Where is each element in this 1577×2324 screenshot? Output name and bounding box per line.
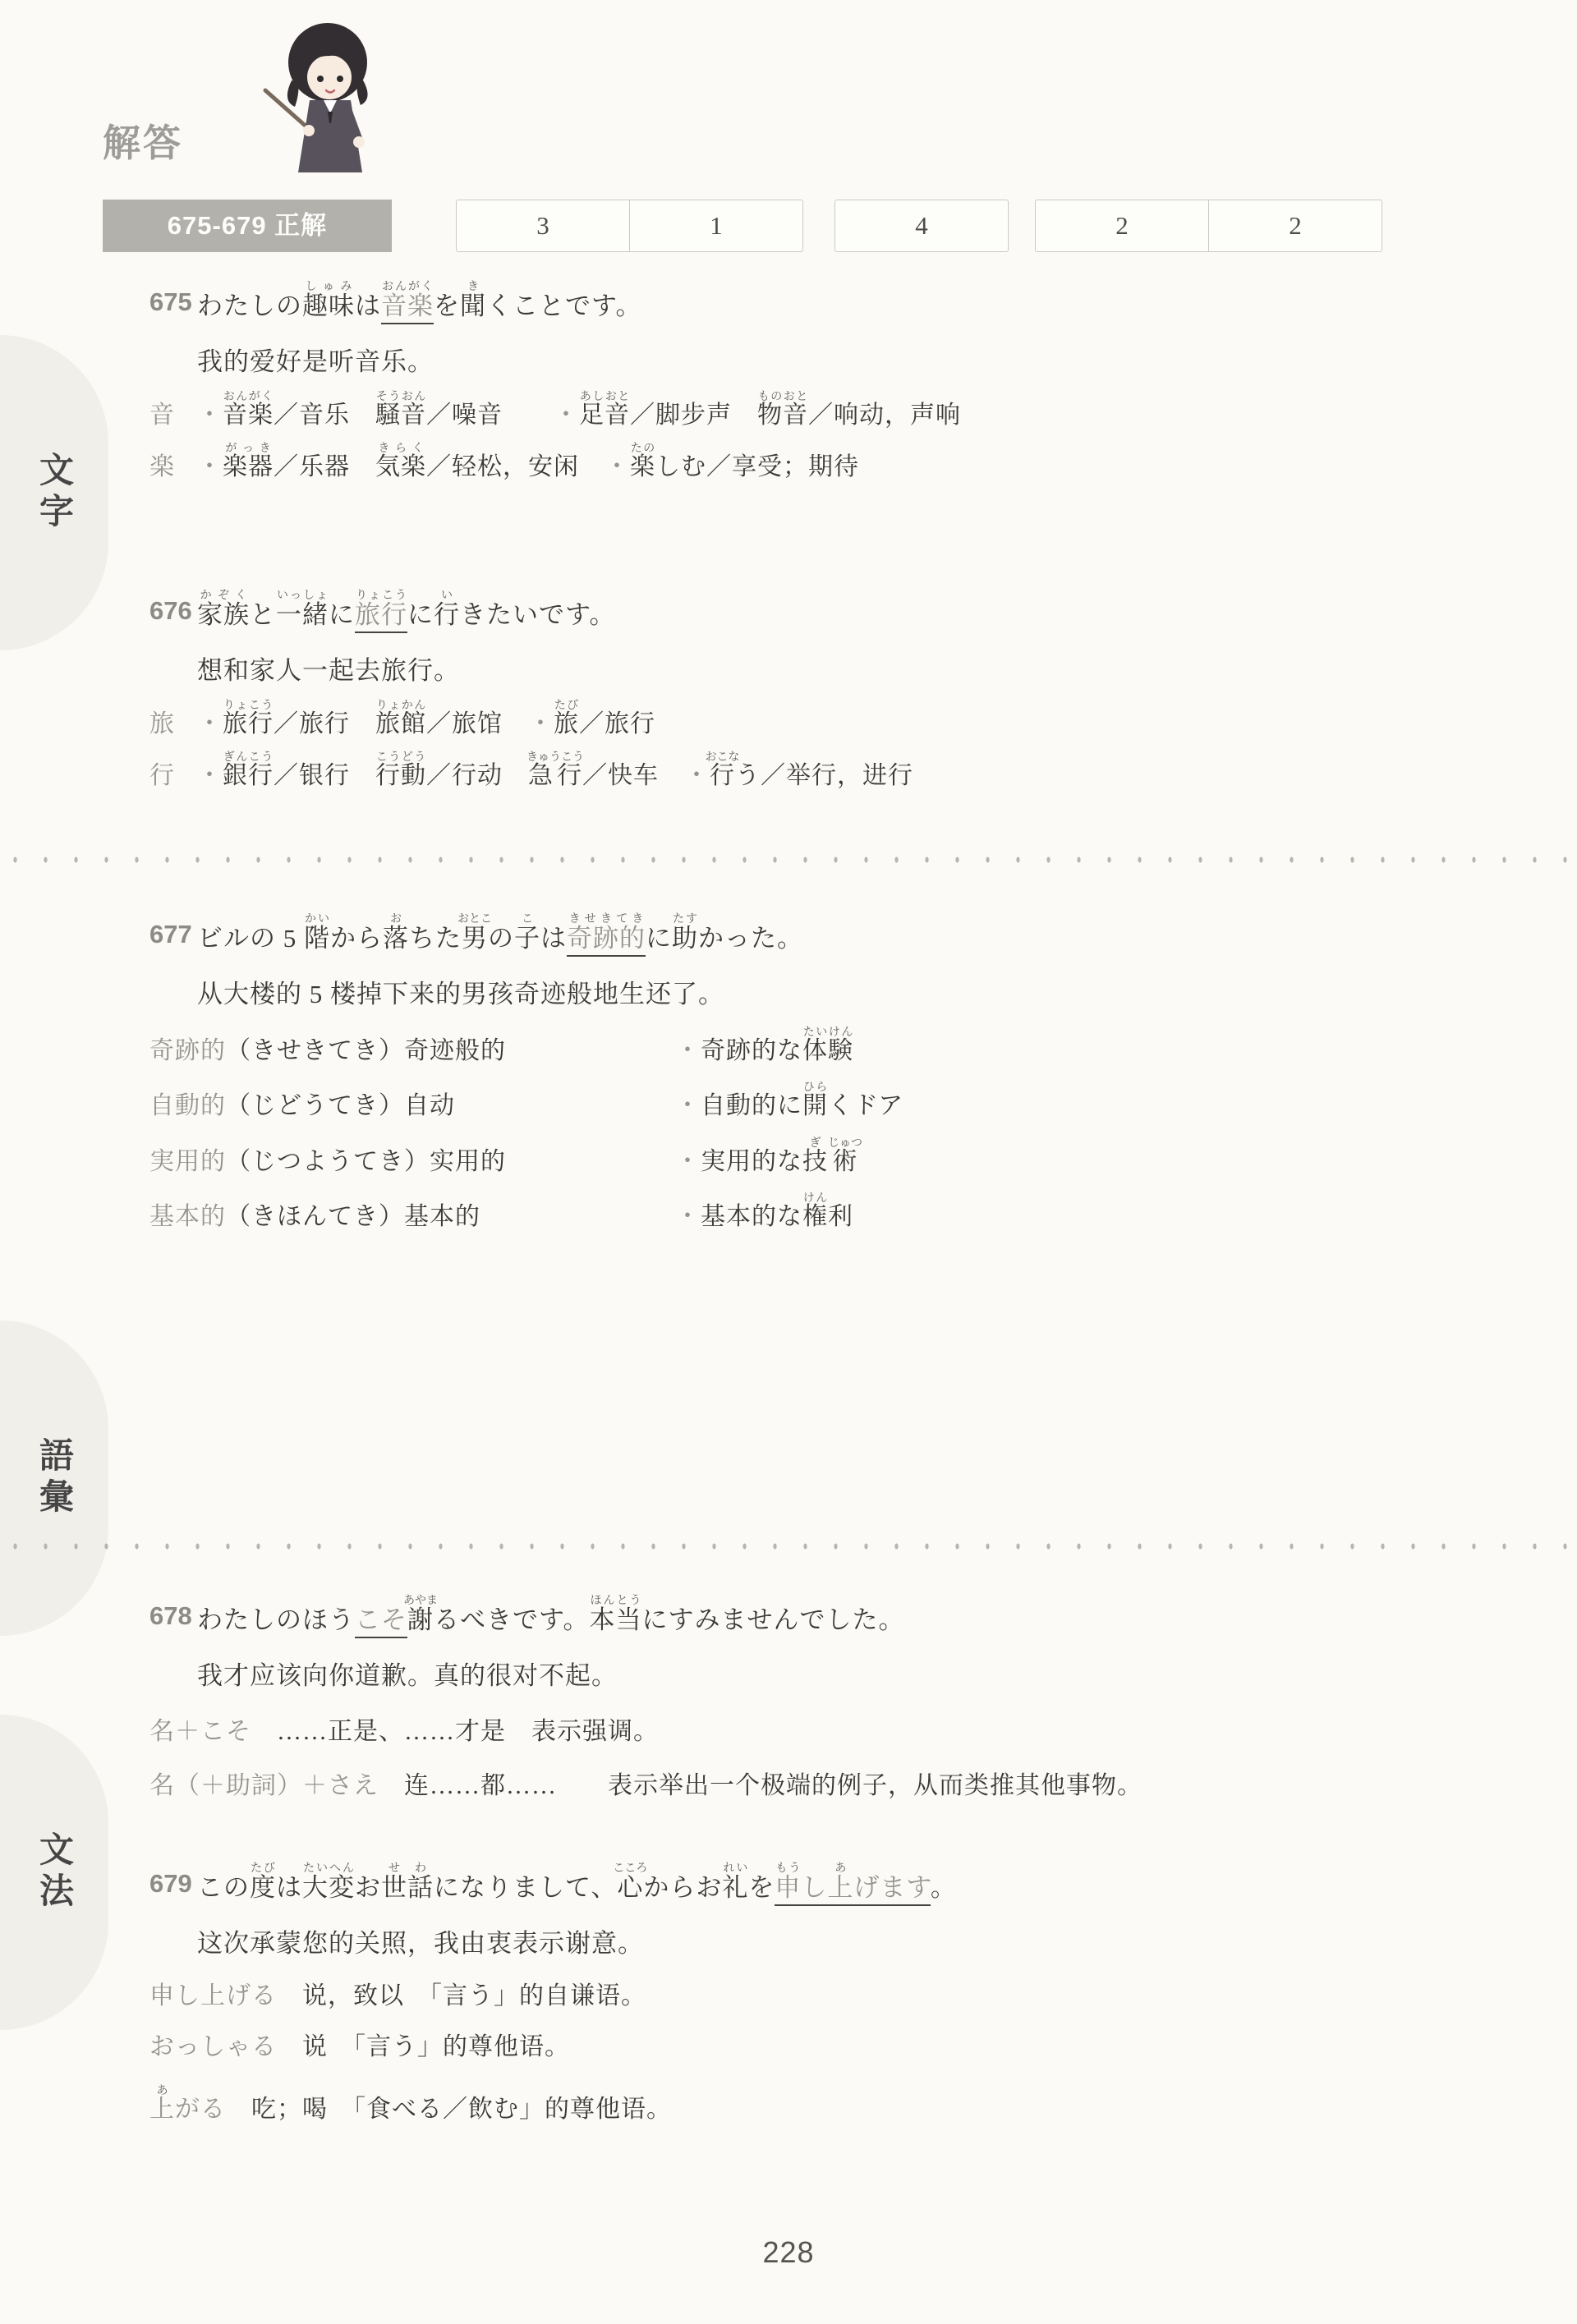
question-678: 678 わたしのほうこそ謝あやまるべきです。本当ほんとうにすみませんでした。 我…: [149, 1578, 1529, 1801]
vocab-cell: ・音楽おんがく／音乐 騒音そうおん／噪音 ・足音あしおと／脚步声 物音ものおと／…: [197, 391, 1529, 430]
question-sentence-line: 678 わたしのほうこそ謝あやまるべきです。本当ほんとうにすみませんでした。: [149, 1578, 1529, 1635]
vocab-row: おっしゃる 说 「言う」的尊他语。: [149, 2033, 1529, 2062]
question-number: 676: [149, 596, 197, 630]
question-number: 679: [149, 1869, 197, 1903]
answer-box: 22: [1035, 200, 1382, 252]
vocab-list: 音・音楽おんがく／音乐 騒音そうおん／噪音 ・足音あしおと／脚步声 物音ものおと…: [149, 391, 1529, 482]
dotted-divider: [0, 854, 1577, 866]
question-number: 675: [149, 287, 197, 321]
sidebar-tab-label: 語彙: [30, 1437, 79, 1519]
question-translation: 这次承蒙您的关照，我由衷表示谢意。: [197, 1922, 1529, 1959]
vocab-cell: 楽: [149, 453, 197, 482]
question-sentence-line: 677 ビルの 5 階かいから落おちた男おとこの子こは奇跡的きせきてきに助たすか…: [149, 897, 1529, 953]
question-sentence: この度たびは大変たいへんお世話せわになりまして、心こころからお礼れいを申もうし上…: [197, 1862, 957, 1903]
vocab-row: 旅・旅行りょこう／旅行 旅館りょかん／旅馆 ・旅たび／旅行: [149, 700, 1529, 739]
vocab-cell: 行: [149, 762, 197, 791]
vocab-row: 自動的（じどうてき）自动・自動的に開ひらくドア: [149, 1082, 1529, 1121]
question-translation: 我才应该向你道歉。真的很对不起。: [197, 1655, 1529, 1692]
vocab-list: 奇跡的（きせきてき）奇迹般的・奇跡的な体験たいけん自動的（じどうてき）自动・自動…: [149, 1027, 1529, 1232]
vocab-cell: おっしゃる 说 「言う」的尊他语。: [149, 2033, 1529, 2062]
question-sentence: わたしのほうこそ謝あやまるべきです。本当ほんとうにすみませんでした。: [197, 1595, 905, 1635]
answer-cell: 4: [835, 200, 1008, 251]
question-number: 678: [149, 1601, 197, 1635]
answer-range-label: 675-679 正解: [103, 200, 392, 252]
vocab-cell: 名＋こそ ……正是、……才是 表示强调。: [149, 1718, 1529, 1747]
vocab-cell: 名（＋助詞）＋さえ 连……都…… 表示举出一个极端的例子，从而类推其他事物。: [149, 1772, 1529, 1801]
answer-cell: 3: [457, 200, 629, 251]
sidebar-tab-label: 文法: [30, 1831, 79, 1913]
vocab-cell: 実用的（じつようてき）实用的: [149, 1148, 675, 1177]
dotted-divider: [0, 1541, 1577, 1552]
vocab-cell: ・旅行りょこう／旅行 旅館りょかん／旅馆 ・旅たび／旅行: [197, 700, 1529, 739]
answer-cell: 2: [1036, 200, 1208, 251]
vocab-row: 名＋こそ ……正是、……才是 表示强调。: [149, 1718, 1529, 1747]
answer-box: 31: [456, 200, 803, 252]
vocab-row: 奇跡的（きせきてき）奇迹般的・奇跡的な体験たいけん: [149, 1027, 1529, 1066]
question-translation: 想和家人一起去旅行。: [197, 650, 1529, 687]
textbook-answer-page: { "page": { "number": "228" }, "header":…: [0, 0, 1577, 2324]
teacher-girl-illustration: [259, 15, 386, 183]
vocab-cell: 申し上げる 说，致以 「言う」的自谦语。: [149, 1982, 1529, 2011]
question-679: 679 この度たびは大変たいへんお世話せわになりまして、心こころからお礼れいを申…: [149, 1846, 1529, 2124]
sidebar-tab-moji: 文字: [0, 335, 108, 650]
vocab-row: 楽・楽器がっき／乐器 気楽きらく／轻松，安闲 ・楽たのしむ／享受；期待: [149, 443, 1529, 482]
vocab-cell: ・銀行ぎんこう／银行 行動こうどう／行动 急行きゅうこう／快车 ・行おこなう／举…: [197, 751, 1529, 791]
question-sentence: ビルの 5 階かいから落おちた男おとこの子こは奇跡的きせきてきに助たすかった。: [197, 913, 803, 953]
vocab-row: 実用的（じつようてき）实用的・実用的な技ぎ術じゅつ: [149, 1137, 1529, 1177]
grammar-list: 名＋こそ ……正是、……才是 表示强调。名（＋助詞）＋さえ 连……都…… 表示举…: [149, 1718, 1529, 1801]
grammar-list: 申し上げる 说，致以 「言う」的自谦语。おっしゃる 说 「言う」的尊他语。上あが…: [149, 1982, 1529, 2124]
question-sentence-line: 676 家族かぞくと一緒いっしょに旅行りょこうに行いきたいです。: [149, 573, 1529, 630]
vocab-cell: 音: [149, 402, 197, 430]
question-number: 677: [149, 920, 197, 953]
sidebar-tab-goi: 語彙: [0, 1320, 108, 1636]
answer-bar: 675-679 正解 31422: [103, 200, 1382, 252]
page-title: 解答: [103, 113, 183, 168]
answer-cell: 2: [1208, 200, 1382, 251]
vocab-cell: ・実用的な技ぎ術じゅつ: [675, 1137, 1529, 1177]
vocab-row: 申し上げる 说，致以 「言う」的自谦语。: [149, 1982, 1529, 2011]
vocab-row: 基本的（きほんてき）基本的・基本的な権けん利: [149, 1192, 1529, 1232]
answer-boxes: 31422: [392, 200, 1382, 252]
sidebar-tab-bunpo: 文法: [0, 1715, 108, 2030]
vocab-cell: 奇跡的（きせきてき）奇迹般的: [149, 1037, 675, 1066]
vocab-cell: ・楽器がっき／乐器 気楽きらく／轻松，安闲 ・楽たのしむ／享受；期待: [197, 443, 1529, 482]
question-sentence-line: 675 わたしの趣味しゅみは音楽おんがくを聞きくことです。: [149, 264, 1529, 321]
vocab-row: 名（＋助詞）＋さえ 连……都…… 表示举出一个极端的例子，从而类推其他事物。: [149, 1772, 1529, 1801]
vocab-cell: ・基本的な権けん利: [675, 1192, 1529, 1232]
vocab-cell: ・自動的に開ひらくドア: [675, 1082, 1529, 1121]
answer-box: 4: [834, 200, 1009, 252]
vocab-cell: 旅: [149, 710, 197, 739]
vocab-row: 音・音楽おんがく／音乐 騒音そうおん／噪音 ・足音あしおと／脚步声 物音ものおと…: [149, 391, 1529, 430]
vocab-row: 行・銀行ぎんこう／银行 行動こうどう／行动 急行きゅうこう／快车 ・行おこなう／…: [149, 751, 1529, 791]
question-677: 677 ビルの 5 階かいから落おちた男おとこの子こは奇跡的きせきてきに助たすか…: [149, 897, 1529, 1232]
vocab-list: 旅・旅行りょこう／旅行 旅館りょかん／旅馆 ・旅たび／旅行行・銀行ぎんこう／银行…: [149, 700, 1529, 791]
vocab-cell: 上あがる 吃；喝 「食べる／飲む」的尊他语。: [149, 2085, 1529, 2124]
question-675: 675 わたしの趣味しゅみは音楽おんがくを聞きくことです。 我的爱好是听音乐。 …: [149, 264, 1529, 482]
question-sentence: 家族かぞくと一緒いっしょに旅行りょこうに行いきたいです。: [197, 590, 616, 630]
vocab-cell: 基本的（きほんてき）基本的: [149, 1203, 675, 1232]
vocab-row: 上あがる 吃；喝 「食べる／飲む」的尊他语。: [149, 2085, 1529, 2124]
question-sentence: わたしの趣味しゅみは音楽おんがくを聞きくことです。: [197, 281, 642, 321]
answer-cell: 1: [629, 200, 802, 251]
sidebar-tab-label: 文字: [30, 452, 79, 534]
question-sentence-line: 679 この度たびは大変たいへんお世話せわになりまして、心こころからお礼れいを申…: [149, 1846, 1529, 1903]
page-number: 228: [0, 2235, 1577, 2270]
vocab-cell: 自動的（じどうてき）自动: [149, 1092, 675, 1121]
question-translation: 我的爱好是听音乐。: [197, 341, 1529, 378]
vocab-cell: ・奇跡的な体験たいけん: [675, 1027, 1529, 1066]
question-676: 676 家族かぞくと一緒いっしょに旅行りょこうに行いきたいです。 想和家人一起去…: [149, 573, 1529, 791]
question-translation: 从大楼的 5 楼掉下来的男孩奇迹般地生还了。: [197, 973, 1529, 1010]
